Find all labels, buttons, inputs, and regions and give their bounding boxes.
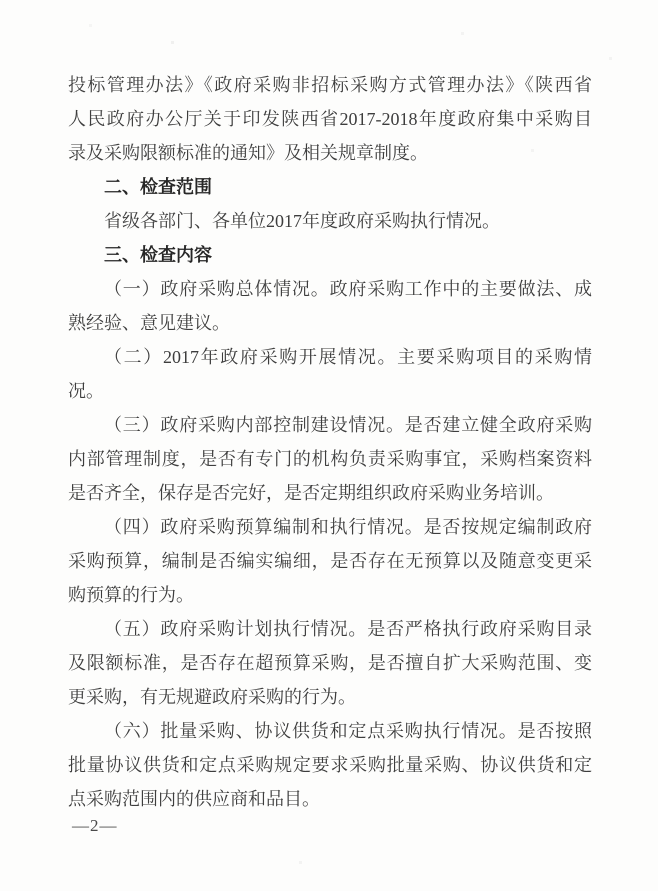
text-line: 点采购范围内的供应商和品目。 — [68, 782, 592, 816]
text-line: （六）批量采购、协议供货和定点采购执行情况。是否按照 — [68, 714, 592, 748]
document-body: 投标管理办法》《政府采购非招标采购方式管理办法》《陕西省 人民政府办公厅关于印发… — [68, 68, 592, 816]
text-line: 更采购，有无规避政府采购的行为。 — [68, 680, 592, 714]
text-line: （二）2017年政府采购开展情况。主要采购项目的采购情 — [68, 340, 592, 374]
paragraph-continuation: 投标管理办法》《政府采购非招标采购方式管理办法》《陕西省 人民政府办公厅关于印发… — [68, 68, 592, 170]
text-line: 投标管理办法》《政府采购非招标采购方式管理办法》《陕西省 — [68, 68, 592, 102]
text-line: 省级各部门、各单位2017年度政府采购执行情况。 — [68, 204, 592, 238]
text-line: 录及采购限额标准的通知》及相关规章制度。 — [68, 136, 592, 170]
text-line: 况。 — [68, 374, 592, 408]
item-paragraph-4: （四）政府采购预算编制和执行情况。是否按规定编制政府 采购预算，编制是否编实编细… — [68, 510, 592, 612]
heading-inspection-content: 三、检查内容 — [68, 238, 592, 272]
section-heading: 二、检查范围 — [68, 170, 592, 204]
scan-noise — [0, 0, 1, 1]
heading-inspection-scope: 二、检查范围 — [68, 170, 592, 204]
text-line: 熟经验、意见建议。 — [68, 306, 592, 340]
paragraph-scope: 省级各部门、各单位2017年度政府采购执行情况。 — [68, 204, 592, 238]
text-line: 内部管理制度，是否有专门的机构负责采购事宜，采购档案资料 — [68, 442, 592, 476]
item-paragraph-5: （五）政府采购计划执行情况。是否严格执行政府采购目录 及限额标准，是否存在超预算… — [68, 612, 592, 714]
text-line: （一）政府采购总体情况。政府采购工作中的主要做法、成 — [68, 272, 592, 306]
item-paragraph-1: （一）政府采购总体情况。政府采购工作中的主要做法、成 熟经验、意见建议。 — [68, 272, 592, 340]
text-line: 人民政府办公厅关于印发陕西省2017-2018年度政府集中采购目 — [68, 102, 592, 136]
text-line: （四）政府采购预算编制和执行情况。是否按规定编制政府 — [68, 510, 592, 544]
text-line: 及限额标准，是否存在超预算采购，是否擅自扩大采购范围、变 — [68, 646, 592, 680]
item-paragraph-3: （三）政府采购内部控制建设情况。是否建立健全政府采购 内部管理制度，是否有专门的… — [68, 408, 592, 510]
text-line: 批量协议供货和定点采购规定要求采购批量采购、协议供货和定 — [68, 748, 592, 782]
text-line: （三）政府采购内部控制建设情况。是否建立健全政府采购 — [68, 408, 592, 442]
text-line: 采购预算，编制是否编实编细，是否存在无预算以及随意变更采 — [68, 544, 592, 578]
section-heading: 三、检查内容 — [68, 238, 592, 272]
text-line: （五）政府采购计划执行情况。是否严格执行政府采购目录 — [68, 612, 592, 646]
scanned-document-page: 投标管理办法》《政府采购非招标采购方式管理办法》《陕西省 人民政府办公厅关于印发… — [0, 0, 658, 891]
item-paragraph-6: （六）批量采购、协议供货和定点采购执行情况。是否按照 批量协议供货和定点采购规定… — [68, 714, 592, 816]
page-number: —2— — [72, 812, 118, 840]
text-line: 是否齐全，保存是否完好，是否定期组织政府采购业务培训。 — [68, 476, 592, 510]
text-line: 购预算的行为。 — [68, 578, 592, 612]
item-paragraph-2: （二）2017年政府采购开展情况。主要采购项目的采购情 况。 — [68, 340, 592, 408]
